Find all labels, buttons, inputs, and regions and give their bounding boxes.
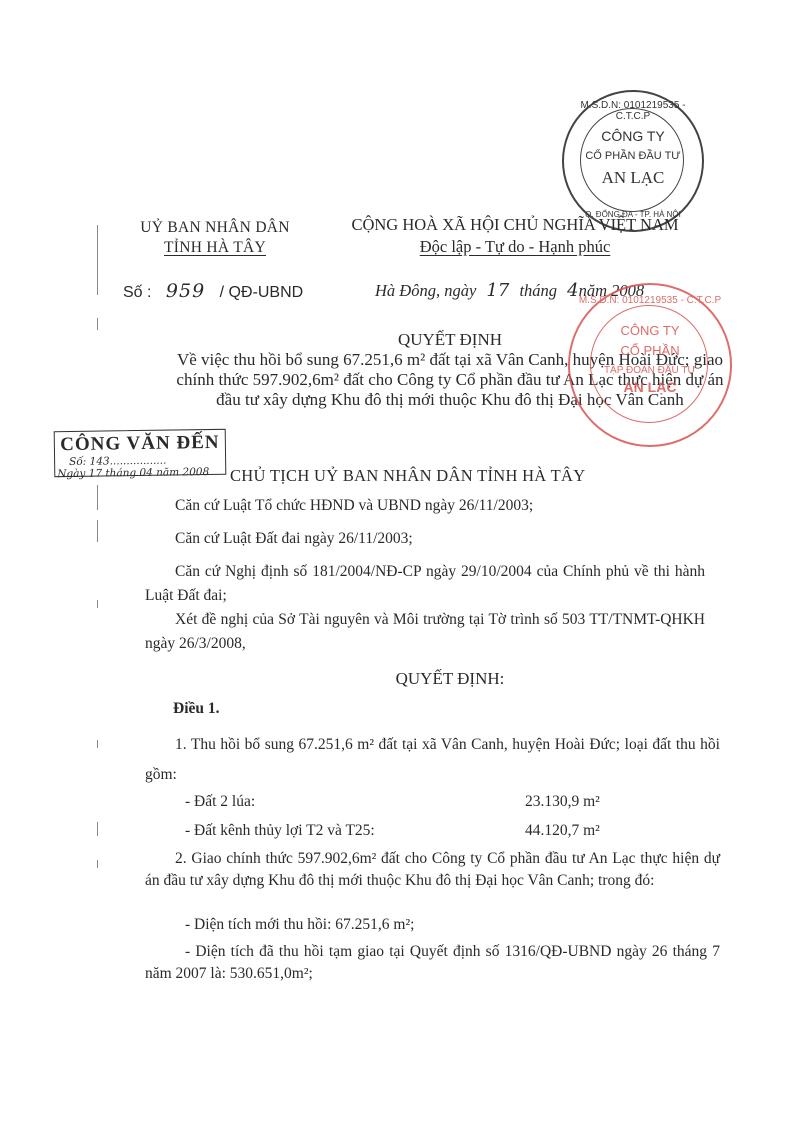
number-suffix: / QĐ-UBND — [220, 284, 304, 301]
seal-line4: AN LẠC — [570, 379, 730, 395]
issuing-authority: CHỦ TỊCH UỶ BAN NHÂN DÂN TỈNH HÀ TÂY — [230, 466, 585, 486]
clause-1: 1. Thu hồi bổ sung 67.251,6 m² đất tại x… — [145, 730, 720, 790]
decision-heading: QUYẾT ĐỊNH: — [170, 669, 730, 689]
scan-margin-line — [97, 318, 98, 330]
land-type-value: 44.120,7 m² — [525, 822, 600, 840]
scan-margin-line — [97, 822, 98, 836]
scan-margin-line — [97, 225, 98, 295]
land-type-label: - Đất 2 lúa: — [185, 793, 255, 810]
seal-line2: CỔ PHẦN ĐẦU TƯ — [564, 150, 702, 162]
land-type-label: - Đất kênh thủy lợi T2 và T25: — [185, 822, 375, 839]
legal-basis-3: Căn cứ Nghị định số 181/2004/NĐ-CP ngày … — [145, 560, 705, 608]
article-1-label: Điều 1. — [173, 700, 220, 718]
land-type-row: - Đất kênh thủy lợi T2 và T25: 44.120,7 … — [185, 822, 685, 840]
seal-line2: CỔ PHẦN — [570, 343, 730, 358]
seal-line3: AN LẠC — [564, 168, 702, 188]
issuing-agency: UỶ BAN NHÂN DÂN TỈNH HÀ TÂY — [120, 218, 310, 258]
incoming-document-stamp: CÔNG VĂN ĐẾN Số: 143................. Ng… — [54, 429, 227, 477]
document-number: Số : 959 / QĐ-UBND — [123, 280, 303, 302]
seal-line1: CÔNG TY — [564, 128, 702, 144]
number-value: 959 — [166, 280, 205, 302]
clause-2: 2. Giao chính thức 597.902,6m² đất cho C… — [145, 848, 720, 892]
agency-line2: TỈNH HÀ TÂY — [120, 238, 310, 258]
scan-margin-line — [97, 600, 98, 608]
legal-basis-4: Xét đề nghị của Sở Tài nguyên và Môi trư… — [145, 608, 705, 656]
land-type-value: 23.130,9 m² — [525, 793, 600, 811]
scan-margin-line — [97, 520, 98, 542]
nation-motto: Độc lập - Tự do - Hạnh phúc — [335, 236, 695, 258]
month-label: tháng — [519, 281, 557, 300]
clause-2-item-1: - Diện tích mới thu hồi: 67.251,6 m²; — [185, 913, 705, 937]
company-seal-black: M.S.D.N: 0101219535 - C.T.C.P CÔNG TY CỔ… — [562, 90, 704, 232]
national-heading: CỘNG HOÀ XÃ HỘI CHỦ NGHĨA VIỆT NAM Độc l… — [335, 214, 695, 258]
scan-margin-line — [97, 740, 98, 748]
number-label: Số : — [123, 284, 151, 301]
company-seal-red: M.S.D.N: 0101219535 - C.T.C.P CÔNG TY CỔ… — [568, 283, 732, 447]
place-prefix: Hà Đông, ngày — [375, 281, 476, 300]
scan-margin-line — [97, 860, 98, 868]
scan-margin-line — [97, 485, 98, 510]
stamp-date: Ngày 17 tháng 04 năm 2008 — [55, 466, 225, 480]
nation-title: CỘNG HOÀ XÃ HỘI CHỦ NGHĨA VIỆT NAM — [335, 214, 695, 236]
seal-line3: TẬP ĐOÀN ĐẦU TƯ — [570, 365, 730, 376]
land-type-row: - Đất 2 lúa: 23.130,9 m² — [185, 793, 685, 811]
seal-ring-text: M.S.D.N: 0101219535 - C.T.C.P — [564, 100, 702, 122]
seal-ring-text: M.S.D.N: 0101219535 - C.T.C.P — [570, 295, 730, 306]
legal-basis-2: Căn cứ Luật Đất đai ngày 26/11/2003; — [175, 527, 695, 551]
agency-line1: UỶ BAN NHÂN DÂN — [120, 218, 310, 238]
clause-2-item-2: - Diện tích đã thu hồi tạm giao tại Quyế… — [145, 941, 720, 985]
seal-line1: CÔNG TY — [570, 323, 730, 338]
stamp-heading: CÔNG VĂN ĐẾN — [55, 432, 225, 456]
date-day: 17 — [486, 280, 509, 301]
legal-basis-1: Căn cứ Luật Tổ chức HĐND và UBND ngày 26… — [175, 494, 695, 518]
